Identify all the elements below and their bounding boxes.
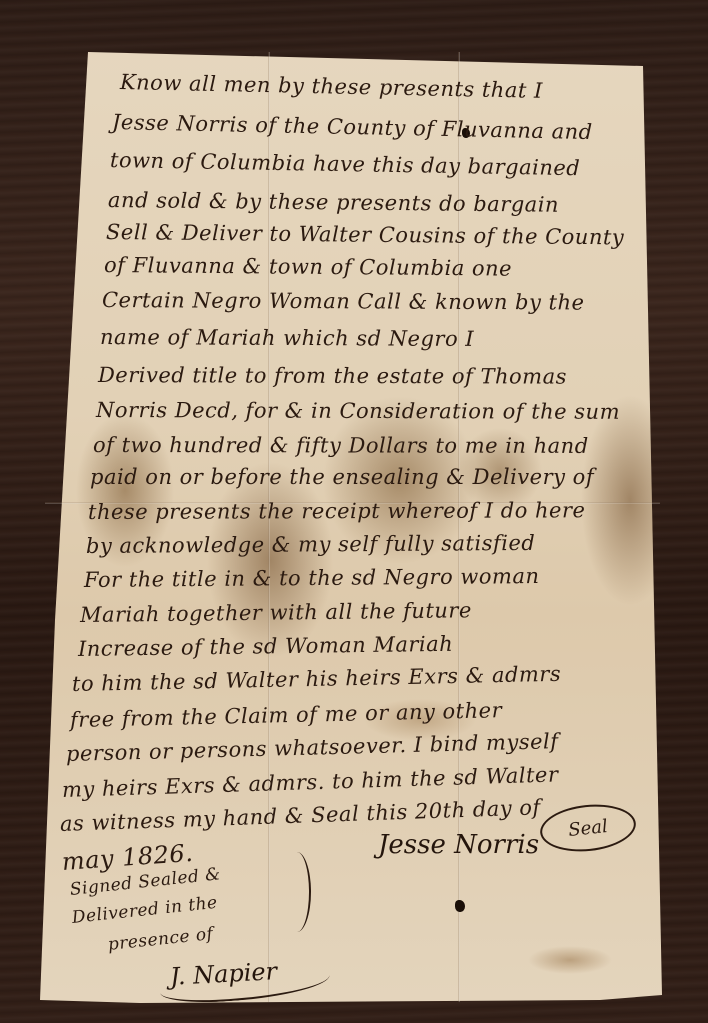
text-line-19: free from the Claim of me or any other <box>70 698 503 732</box>
text-line-3: town of Columbia have this day bargained <box>110 148 581 180</box>
text-line-7: Certain Negro Woman Call & known by the <box>102 288 585 315</box>
text-line-5: Sell & Deliver to Walter Cousins of the … <box>106 220 624 249</box>
text-line-1: Know all men by these presents that I <box>120 70 543 103</box>
seal-mark: Seal <box>538 800 638 856</box>
text-line-2: Jesse Norris of the County of Fluvanna a… <box>112 110 593 144</box>
text-line-17: Increase of the sd Woman Mariah <box>78 632 454 661</box>
text-line-15: For the title in & to the sd Negro woman <box>84 564 540 592</box>
text-line-6: of Fluvanna & town of Columbia one <box>104 253 512 281</box>
text-line-18: to him the sd Walter his heirs Exrs & ad… <box>72 662 562 696</box>
text-line-10: Norris Decd, for & in Consideration of t… <box>96 398 620 424</box>
text-line-21: my heirs Exrs & admrs. to him the sd Wal… <box>62 762 559 802</box>
text-line-9: Derived title to from the estate of Thom… <box>98 363 567 389</box>
seal-label: Seal <box>567 815 608 840</box>
text-line-8: name of Mariah which sd Negro I <box>100 325 474 351</box>
attestation-line-3: presence of <box>107 924 214 955</box>
signature-jesse-norris: Jesse Norris <box>378 830 539 860</box>
attestation-line-2: Delivered in the <box>71 893 219 928</box>
text-line-4: and sold & by these presents do bargain <box>108 188 559 217</box>
text-line-12: paid on or before the ensealing & Delive… <box>90 465 594 489</box>
text-line-13: these presents the receipt whereof I do … <box>88 498 586 524</box>
document-body: Know all men by these presents that I Je… <box>0 0 708 1023</box>
text-line-20: person or persons whatsoever. I bind mys… <box>66 729 559 766</box>
text-line-16: Mariah together with all the future <box>80 598 472 627</box>
text-line-11: of two hundred & fifty Dollars to me in … <box>93 433 589 458</box>
attestation-bracket <box>283 852 311 932</box>
text-line-14: by acknowledge & my self fully satisfied <box>86 531 535 558</box>
